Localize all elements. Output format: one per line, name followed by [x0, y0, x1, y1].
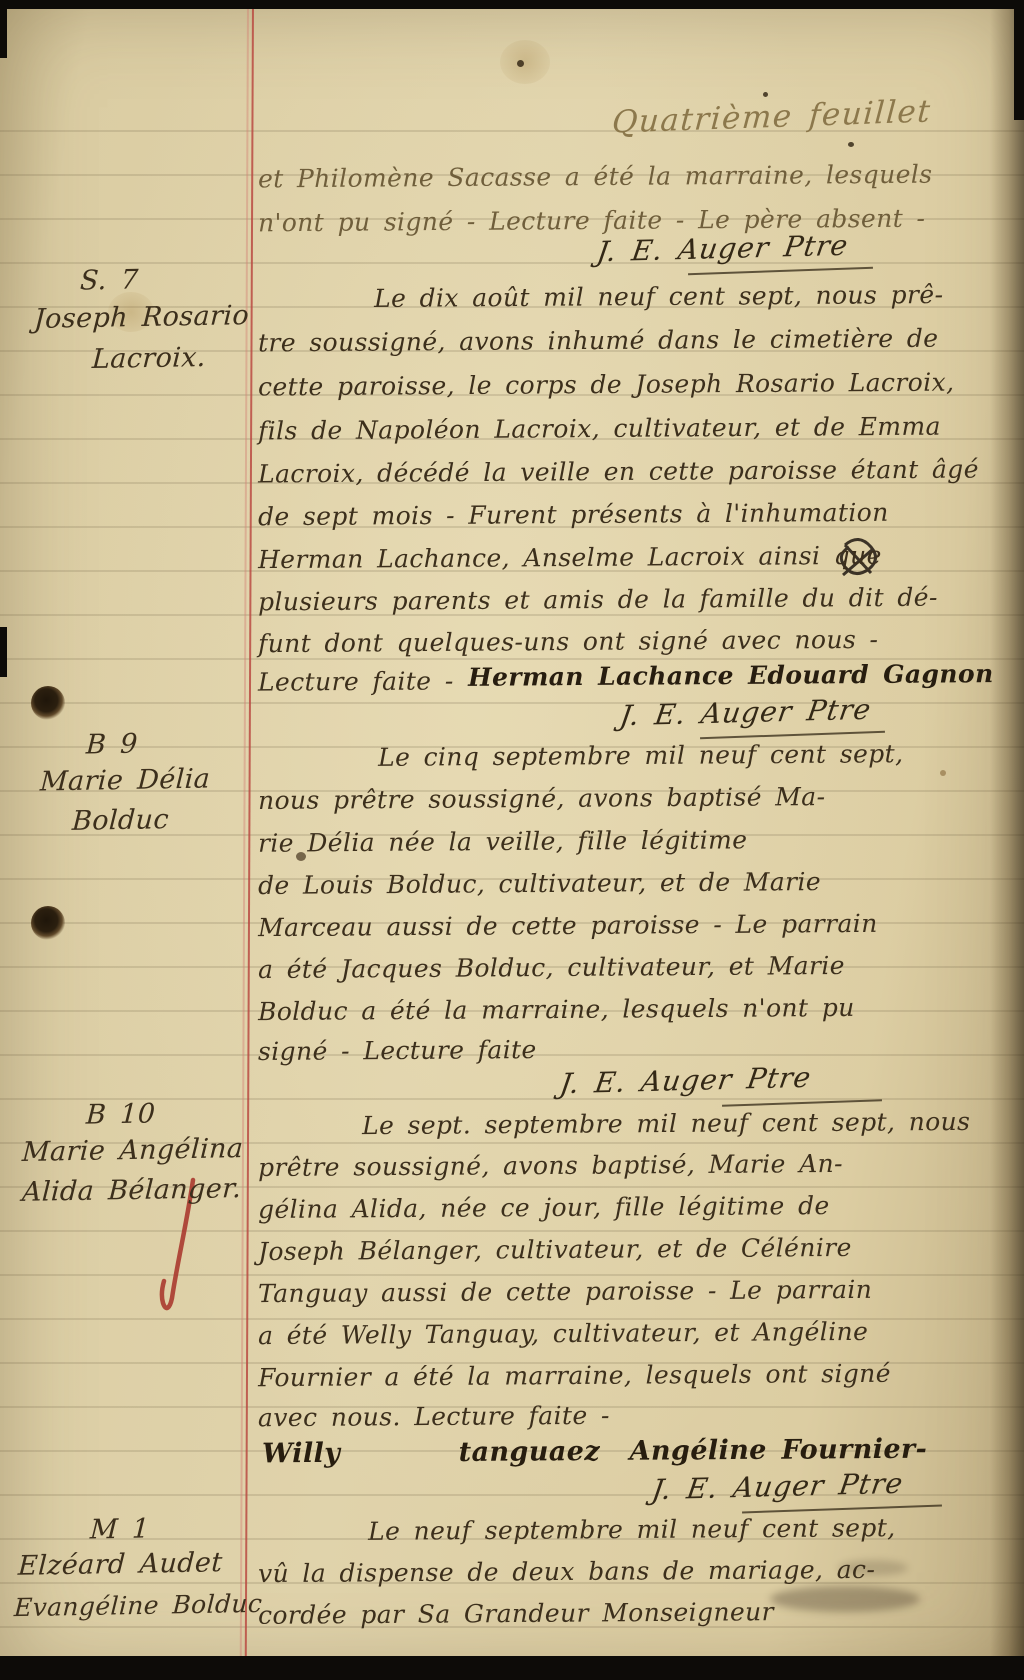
register-line: cette paroisse, le corps de Joseph Rosar…	[258, 369, 955, 401]
entry-margin-name: Evangéline Bolduc	[13, 1590, 263, 1622]
register-line: plusieurs parents et amis de la famille …	[258, 584, 938, 616]
entry-margin-name: Elzéard Audet	[17, 1548, 223, 1581]
entry-margin-name: Marie Angélina	[21, 1134, 244, 1168]
register-line: signé - Lecture faite	[258, 1036, 537, 1065]
entry-margin-name: Lacroix.	[91, 343, 207, 375]
register-line: de sept mois - Furent présents à l'inhum…	[258, 499, 889, 531]
register-page-scan: Quatrième feuillet et Philomène Sacasse …	[0, 0, 1024, 1680]
register-line: Le cinq septembre mil neuf cent sept,	[378, 740, 904, 771]
priest-signature: J. E. Auger Ptre	[618, 695, 874, 733]
register-line: Bolduc a été la marraine, lesquels n'ont…	[258, 994, 855, 1026]
register-line: gélina Alida, née ce jour, fille légitim…	[258, 1192, 830, 1223]
register-line: a été Jacques Bolduc, cultivateur, et Ma…	[258, 952, 845, 984]
register-line: a été Welly Tanguay, cultivateur, et Ang…	[258, 1318, 868, 1350]
register-line: Lecture faite -	[258, 667, 454, 696]
register-line: Marceau aussi de cette paroisse - Le par…	[258, 910, 878, 942]
entry-margin-number: M 1	[89, 1514, 150, 1545]
entry-margin-name: Alida Bélanger.	[21, 1174, 242, 1208]
scan-edge-left-top	[0, 0, 7, 58]
register-line: Le sept. septembre mil neuf cent sept, n…	[362, 1108, 971, 1140]
register-line: Joseph Bélanger, cultivateur, et de Célé…	[258, 1234, 852, 1266]
register-line: Herman Lachance, Anselme Lacroix ainsi q…	[258, 542, 882, 574]
register-line: rie Délia née la veille, fille légitime	[258, 826, 748, 857]
page-heading: Quatrième feuillet	[611, 94, 933, 139]
register-line: et Philomène Sacasse a été la marraine, …	[258, 161, 933, 193]
register-line: fils de Napoléon Lacroix, cultivateur, e…	[258, 413, 941, 445]
ink-speck	[517, 60, 524, 67]
register-line: Tanguay aussi de cette paroisse - Le par…	[258, 1276, 872, 1308]
signature-flourish	[742, 1505, 942, 1514]
right-edge-shadow	[990, 0, 1024, 1680]
scan-edge-right-top	[1014, 0, 1024, 120]
ink-speck	[940, 770, 946, 776]
scan-edge-left-mark	[0, 627, 7, 677]
priest-signature: J. E. Auger Ptre	[650, 1469, 906, 1507]
entry-margin-name: Marie Délia	[39, 764, 211, 797]
signature-flourish	[722, 1099, 882, 1107]
priest-signature: J. E. Auger Ptre	[558, 1063, 814, 1101]
register-line: Le dix août mil neuf cent sept, nous prê…	[374, 281, 944, 312]
register-line: prêtre soussigné, avons baptisé, Marie A…	[258, 1150, 843, 1182]
register-line: funt dont quelques-uns ont signé avec no…	[258, 626, 878, 658]
signature-flourish	[700, 731, 885, 739]
witness-signatures: Herman Lachance Edouard Gagnon	[468, 660, 994, 691]
entry-margin-number: S. 7	[79, 265, 139, 296]
entry-margin-number: B 9	[85, 730, 138, 761]
signature-flourish	[688, 267, 873, 275]
entry-margin-number: B 10	[85, 1099, 156, 1130]
register-line: tre soussigné, avons inhumé dans le cime…	[258, 325, 939, 357]
register-line: Lacroix, décédé la veille en cette paroi…	[258, 455, 979, 488]
register-line: avec nous. Lecture faite -	[258, 1402, 610, 1432]
ink-smudge	[770, 1586, 920, 1612]
entry-margin-name: Bolduc	[71, 805, 169, 836]
register-line: de Louis Bolduc, cultivateur, et de Mari…	[258, 868, 821, 899]
register-line: Fournier a été la marraine, lesquels ont…	[258, 1360, 891, 1392]
punch-hole-bottom	[31, 906, 65, 940]
ink-speck	[763, 92, 768, 97]
scan-edge-bottom	[0, 1656, 1024, 1680]
ink-speck	[848, 142, 854, 147]
register-line: nous prêtre soussigné, avons baptisé Ma-	[258, 783, 826, 814]
punch-hole-top	[31, 686, 65, 720]
paper-stain	[500, 40, 550, 84]
priest-signature: J. E. Auger Ptre	[595, 231, 851, 269]
entry-margin-name: Joseph Rosario	[33, 301, 250, 334]
scan-edge-top	[0, 0, 1024, 9]
register-line: cordée par Sa Grandeur Monseigneur	[258, 1598, 774, 1629]
register-line: vû la dispense de deux bans de mariage, …	[258, 1556, 875, 1588]
witness-signatures: Willy tanguaez Angéline Fournier-	[262, 1435, 927, 1469]
register-line: Le neuf septembre mil neuf cent sept,	[368, 1514, 896, 1545]
